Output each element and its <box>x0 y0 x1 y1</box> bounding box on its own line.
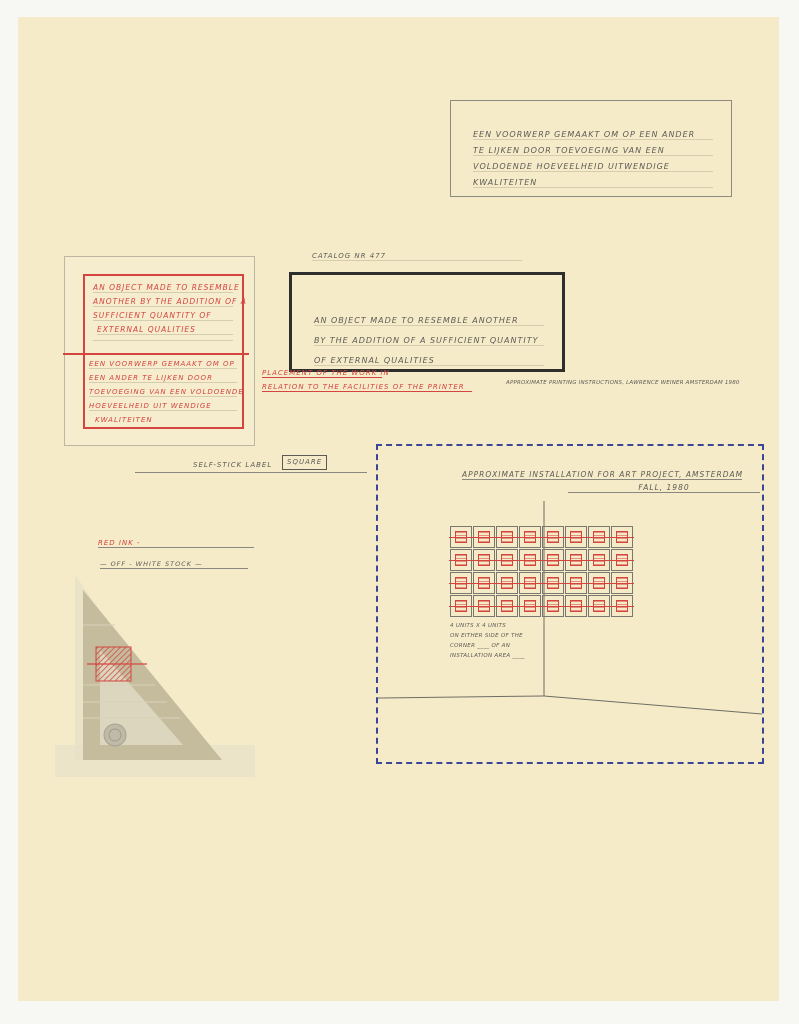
grid-unit <box>473 549 495 571</box>
triangle-drawing <box>55 565 260 777</box>
placement-note-line-2: RELATION TO THE FACILITIES OF THE PRINTE… <box>262 384 472 392</box>
grid-unit <box>611 549 633 571</box>
dutch-box-line-2: TE LIJKEN DOOR TOEVOEGING VAN EEN <box>473 147 713 156</box>
grid-unit <box>519 526 541 548</box>
instruction-note: APPROXIMATE PRINTING INSTRUCTIONS, LAWRE… <box>506 381 740 387</box>
grid-unit <box>565 572 587 594</box>
catalog-line-2: BY THE ADDITION OF A SUFFICIENT QUANTITY <box>314 337 544 346</box>
card-nl-line-4: HOEVEELHEID UIT WENDIGE <box>89 403 237 411</box>
grid-unit <box>496 595 518 617</box>
card-en-line-4: EXTERNAL QUALITIES <box>97 326 233 335</box>
grid-unit <box>519 572 541 594</box>
grid-unit <box>542 595 564 617</box>
grid-unit <box>450 572 472 594</box>
dutch-box-line-3: VOLDOENDE HOEVEELHEID UITWENDIGE <box>473 163 713 172</box>
installation-note-line-1: 4 UNITS X 4 UNITS <box>450 624 506 630</box>
self-stick-label-text: SELF-STICK LABEL <box>193 462 272 469</box>
grid-unit <box>588 572 610 594</box>
card-en-line-3: SUFFICIENT QUANTITY OF <box>93 312 233 321</box>
card-en-line-1: AN OBJECT MADE TO RESEMBLE <box>93 284 233 293</box>
red-crossline <box>63 353 249 355</box>
catalog-box: AN OBJECT MADE TO RESEMBLE ANOTHER BY TH… <box>289 272 565 372</box>
red-ink-note: RED INK - <box>98 540 254 548</box>
grid-unit <box>611 572 633 594</box>
grid-unit <box>588 595 610 617</box>
grid-unit <box>542 549 564 571</box>
grid-unit <box>450 526 472 548</box>
grid-unit <box>611 526 633 548</box>
card-nl-line-2: EEN ANDER TE LIJKEN DOOR <box>89 375 237 383</box>
catalog-number: CATALOG NR 477 <box>312 253 522 261</box>
grid-unit <box>542 526 564 548</box>
dutch-box-line-1: EEN VOORWERP GEMAAKT OM OP EEN ANDER <box>473 131 713 140</box>
installation-note-line-2: ON EITHER SIDE OF THE <box>450 634 523 640</box>
square-boxed-label: SQUARE <box>282 455 327 470</box>
ruled-line <box>93 340 233 341</box>
catalog-line-1: AN OBJECT MADE TO RESEMBLE ANOTHER <box>314 317 544 326</box>
dutch-box-line-4: KWALITEITEN <box>473 179 713 188</box>
grid-unit <box>473 526 495 548</box>
catalog-line-3: OF EXTERNAL QUALITIES <box>314 357 544 366</box>
dutch-text-box: EEN VOORWERP GEMAAKT OM OP EEN ANDER TE … <box>450 100 732 197</box>
label-card: AN OBJECT MADE TO RESEMBLE ANOTHER BY TH… <box>64 256 255 446</box>
grid-unit <box>473 595 495 617</box>
grid-unit <box>450 549 472 571</box>
placement-note-line-1: PLACEMENT OF THE WORK IN <box>262 370 382 378</box>
grid-unit <box>496 526 518 548</box>
grid-unit <box>565 549 587 571</box>
installation-note-line-3: CORNER ____ OF AN <box>450 644 510 650</box>
grid-unit <box>611 595 633 617</box>
card-en-line-2: ANOTHER BY THE ADDITION OF A <box>93 298 233 307</box>
grid-unit <box>519 595 541 617</box>
grid-unit <box>473 572 495 594</box>
unit-grid <box>450 526 633 617</box>
card-nl-line-5: KWALITEITEN <box>95 417 153 424</box>
set-square-icon <box>55 565 260 777</box>
grid-unit <box>496 572 518 594</box>
grid-unit <box>519 549 541 571</box>
grid-unit <box>588 526 610 548</box>
card-nl-line-1: EEN VOORWERP GEMAAKT OM OP <box>89 361 237 369</box>
red-frame: AN OBJECT MADE TO RESEMBLE ANOTHER BY TH… <box>83 274 244 429</box>
self-stick-rule <box>135 472 367 473</box>
card-nl-line-3: TOEVOEGING VAN EEN VOLDOENDE <box>89 389 237 397</box>
grid-unit <box>450 595 472 617</box>
grid-unit <box>565 595 587 617</box>
installation-area: APPROXIMATE INSTALLATION FOR ART PROJECT… <box>376 444 764 764</box>
installation-note-line-4: INSTALLATION AREA ____ <box>450 654 525 660</box>
grid-unit <box>588 549 610 571</box>
grid-unit <box>565 526 587 548</box>
grid-unit <box>542 572 564 594</box>
grid-unit <box>496 549 518 571</box>
